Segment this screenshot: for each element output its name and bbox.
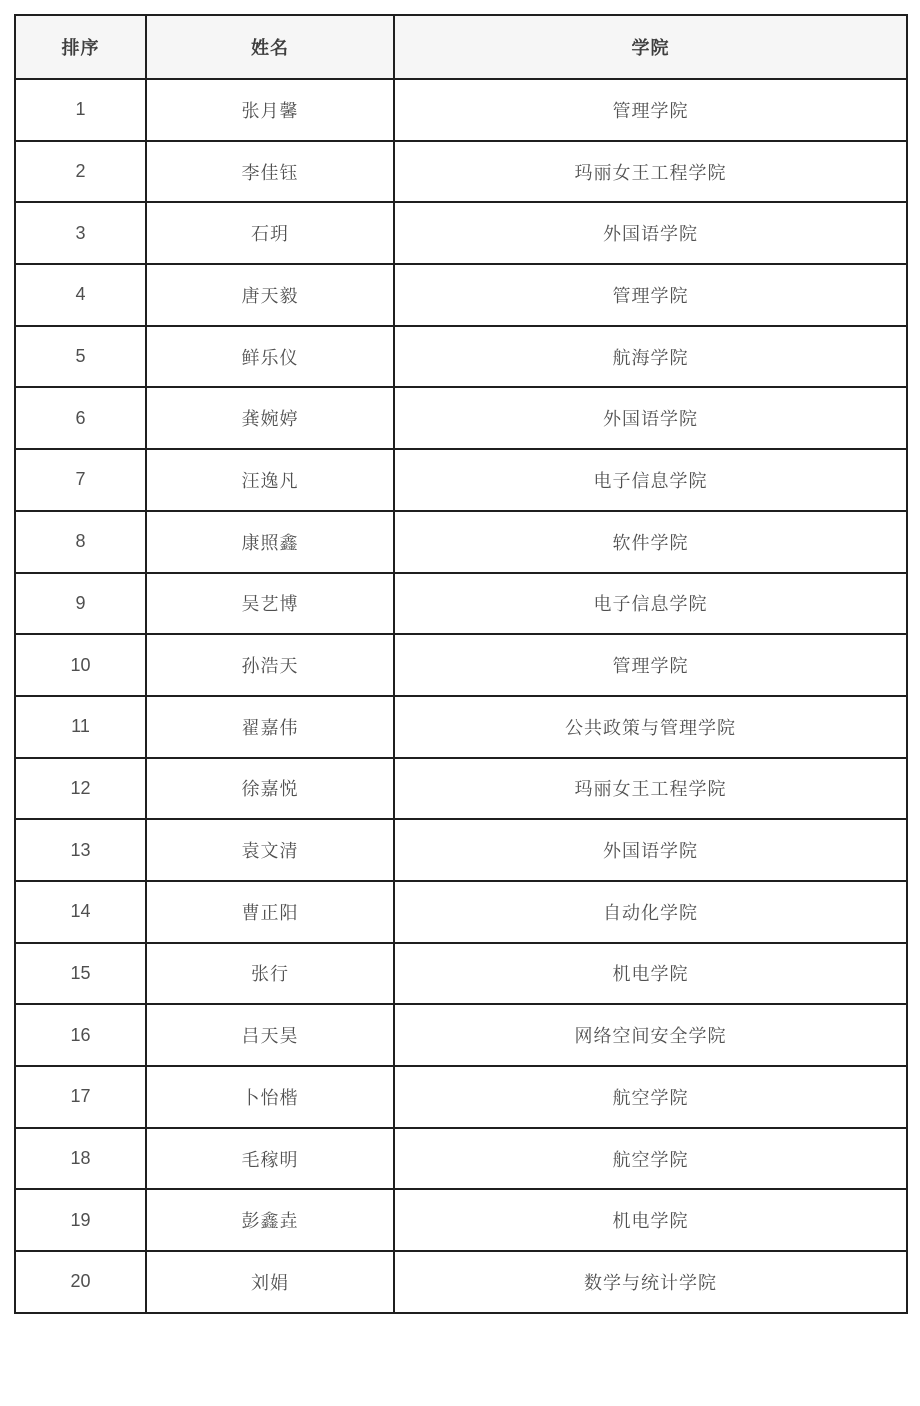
- table-row: 7 汪逸凡 电子信息学院: [15, 449, 907, 511]
- college-cell: 电子信息学院: [394, 449, 907, 511]
- table-row: 6 龚婉婷 外国语学院: [15, 387, 907, 449]
- table-row: 12 徐嘉悦 玛丽女王工程学院: [15, 758, 907, 820]
- college-cell: 外国语学院: [394, 819, 907, 881]
- name-cell: 张行: [146, 943, 394, 1005]
- name-cell: 徐嘉悦: [146, 758, 394, 820]
- table-row: 13 袁文清 外国语学院: [15, 819, 907, 881]
- page: 排序 姓名 学院 1 张月馨 管理学院 2 李佳钰 玛丽女王工程学院 3 石玥 …: [0, 0, 920, 1406]
- name-cell: 吕天昊: [146, 1004, 394, 1066]
- header-cell-rank: 排序: [15, 15, 146, 79]
- header-row: 排序 姓名 学院: [15, 15, 907, 79]
- rank-cell: 3: [15, 202, 146, 264]
- college-cell: 管理学院: [394, 264, 907, 326]
- rank-cell: 1: [15, 79, 146, 141]
- college-cell: 电子信息学院: [394, 573, 907, 635]
- name-cell: 吴艺博: [146, 573, 394, 635]
- college-cell: 机电学院: [394, 943, 907, 1005]
- rank-cell: 4: [15, 264, 146, 326]
- table-row: 15 张行 机电学院: [15, 943, 907, 1005]
- table-row: 19 彭鑫垚 机电学院: [15, 1189, 907, 1251]
- rank-cell: 19: [15, 1189, 146, 1251]
- header-cell-college: 学院: [394, 15, 907, 79]
- rank-cell: 5: [15, 326, 146, 388]
- rank-cell: 12: [15, 758, 146, 820]
- table-row: 17 卜怡楷 航空学院: [15, 1066, 907, 1128]
- name-cell: 石玥: [146, 202, 394, 264]
- header-cell-name: 姓名: [146, 15, 394, 79]
- rank-cell: 7: [15, 449, 146, 511]
- name-cell: 唐天毅: [146, 264, 394, 326]
- college-cell: 自动化学院: [394, 881, 907, 943]
- college-cell: 玛丽女王工程学院: [394, 141, 907, 203]
- rank-cell: 13: [15, 819, 146, 881]
- college-cell: 航空学院: [394, 1066, 907, 1128]
- rank-cell: 2: [15, 141, 146, 203]
- rank-cell: 16: [15, 1004, 146, 1066]
- name-cell: 李佳钰: [146, 141, 394, 203]
- college-cell: 外国语学院: [394, 202, 907, 264]
- college-cell: 机电学院: [394, 1189, 907, 1251]
- table-row: 3 石玥 外国语学院: [15, 202, 907, 264]
- rank-cell: 17: [15, 1066, 146, 1128]
- college-cell: 航空学院: [394, 1128, 907, 1190]
- college-cell: 外国语学院: [394, 387, 907, 449]
- college-cell: 玛丽女王工程学院: [394, 758, 907, 820]
- table-row: 1 张月馨 管理学院: [15, 79, 907, 141]
- table-row: 11 翟嘉伟 公共政策与管理学院: [15, 696, 907, 758]
- name-cell: 张月馨: [146, 79, 394, 141]
- college-cell: 网络空间安全学院: [394, 1004, 907, 1066]
- name-cell: 袁文清: [146, 819, 394, 881]
- rank-cell: 8: [15, 511, 146, 573]
- name-cell: 卜怡楷: [146, 1066, 394, 1128]
- table-row: 4 唐天毅 管理学院: [15, 264, 907, 326]
- rank-cell: 15: [15, 943, 146, 1005]
- name-cell: 毛稼明: [146, 1128, 394, 1190]
- table-row: 8 康照鑫 软件学院: [15, 511, 907, 573]
- table-row: 18 毛稼明 航空学院: [15, 1128, 907, 1190]
- rank-cell: 14: [15, 881, 146, 943]
- table-row: 14 曹正阳 自动化学院: [15, 881, 907, 943]
- name-cell: 刘娟: [146, 1251, 394, 1313]
- table-row: 20 刘娟 数学与统计学院: [15, 1251, 907, 1313]
- name-cell: 孙浩天: [146, 634, 394, 696]
- college-cell: 软件学院: [394, 511, 907, 573]
- name-cell: 曹正阳: [146, 881, 394, 943]
- table-row: 9 吴艺博 电子信息学院: [15, 573, 907, 635]
- name-cell: 龚婉婷: [146, 387, 394, 449]
- table-row: 2 李佳钰 玛丽女王工程学院: [15, 141, 907, 203]
- table-row: 5 鲜乐仪 航海学院: [15, 326, 907, 388]
- college-cell: 数学与统计学院: [394, 1251, 907, 1313]
- rank-cell: 6: [15, 387, 146, 449]
- ranking-table: 排序 姓名 学院 1 张月馨 管理学院 2 李佳钰 玛丽女王工程学院 3 石玥 …: [14, 14, 908, 1314]
- name-cell: 翟嘉伟: [146, 696, 394, 758]
- name-cell: 汪逸凡: [146, 449, 394, 511]
- name-cell: 鲜乐仪: [146, 326, 394, 388]
- college-cell: 公共政策与管理学院: [394, 696, 907, 758]
- rank-cell: 18: [15, 1128, 146, 1190]
- table-row: 16 吕天昊 网络空间安全学院: [15, 1004, 907, 1066]
- table-body: 1 张月馨 管理学院 2 李佳钰 玛丽女王工程学院 3 石玥 外国语学院 4 唐…: [15, 79, 907, 1313]
- college-cell: 管理学院: [394, 79, 907, 141]
- rank-cell: 10: [15, 634, 146, 696]
- table-header: 排序 姓名 学院: [15, 15, 907, 79]
- college-cell: 航海学院: [394, 326, 907, 388]
- rank-cell: 20: [15, 1251, 146, 1313]
- college-cell: 管理学院: [394, 634, 907, 696]
- table-row: 10 孙浩天 管理学院: [15, 634, 907, 696]
- name-cell: 康照鑫: [146, 511, 394, 573]
- rank-cell: 9: [15, 573, 146, 635]
- name-cell: 彭鑫垚: [146, 1189, 394, 1251]
- rank-cell: 11: [15, 696, 146, 758]
